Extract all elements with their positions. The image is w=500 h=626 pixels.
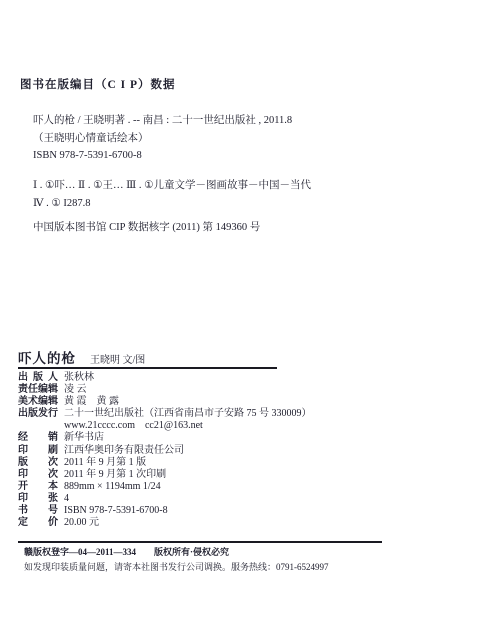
cip-description-line-3: ISBN 978-7-5391-6700-8 — [33, 147, 292, 165]
row-value: 2011 年 9 月第 1 次印刷 — [64, 469, 166, 481]
colophon-row-printing: 印次 2011 年 9 月第 1 次印刷 — [18, 469, 478, 481]
copyright-page: 图书在版编目（C I P）数据 吓人的枪 / 王晓明著 . -- 南昌 : 二十… — [0, 0, 500, 626]
row-label: 定价 — [18, 517, 58, 529]
colophon-row-publisher: 出版人 张秋林 — [18, 372, 478, 384]
colophon-row-isbn: 书号 ISBN 978-7-5391-6700-8 — [18, 505, 478, 517]
row-label: 出版人 — [18, 372, 58, 384]
cip-header: 图书在版编目（C I P）数据 — [20, 76, 176, 92]
row-label: 经销 — [18, 432, 58, 444]
row-value: 889mm × 1194mm 1/24 — [64, 481, 161, 493]
price-value: 20.00 元 — [64, 517, 99, 529]
row-label: 开本 — [18, 481, 58, 493]
cip-description-line-1: 吓人的枪 / 王晓明著 . -- 南昌 : 二十一世纪出版社 , 2011.8 — [33, 112, 292, 130]
colophon-row-format: 开本 889mm × 1194mm 1/24 — [18, 481, 478, 493]
row-value: 凌 云 — [64, 384, 87, 396]
cip-record-number: 中国版本图书馆 CIP 数据核字 (2011) 第 149360 号 — [33, 219, 260, 234]
colophon-row-edition: 版次 2011 年 9 月第 1 版 — [18, 457, 478, 469]
cip-classification-line-1: Ⅰ . ①吓… Ⅱ . ①王… Ⅲ . ①儿童文学－图画故事－中国－当代 — [33, 177, 311, 195]
colophon-row-price: 定价 20.00 元 — [18, 517, 478, 529]
row-label: 印刷 — [18, 445, 58, 457]
row-label: 印张 — [18, 493, 58, 505]
cip-description: 吓人的枪 / 王晓明著 . -- 南昌 : 二十一世纪出版社 , 2011.8 … — [33, 112, 292, 165]
row-value: 二十一世纪出版社（江西省南昌市子安路 75 号 330009） — [64, 408, 312, 420]
imprint-footer: 赣版权登字—04—2011—334 版权所有·侵权必究 如发现印装质量问题，请寄… — [24, 545, 329, 575]
row-label: 出版发行 — [18, 408, 58, 420]
row-label: 印次 — [18, 469, 58, 481]
divider-rule-bottom — [18, 541, 382, 543]
colophon-row-distributor: 经销 新华书店 — [18, 432, 478, 444]
row-label: 版次 — [18, 457, 58, 469]
cip-classification-line-2: Ⅳ . ① I287.8 — [33, 195, 311, 213]
cip-description-line-2: （王晓明心情童话绘本） — [33, 130, 292, 148]
quality-hotline-notice: 如发现印装质量问题，请寄本社图书发行公司调换。服务热线：0791-6524997 — [24, 560, 329, 575]
row-label: 书号 — [18, 505, 58, 517]
title-row: 吓人的枪王晓明 文/图 — [18, 347, 145, 368]
book-title: 吓人的枪 — [18, 351, 76, 366]
publisher-website-email: www.21cccc.com cc21@163.net — [64, 420, 203, 432]
divider-rule-top — [18, 367, 277, 369]
colophon-row-editor: 责任编辑 凌 云 — [18, 384, 478, 396]
colophon-row-publishing-house: 出版发行 二十一世纪出版社（江西省南昌市子安路 75 号 330009） — [18, 408, 478, 420]
colophon-row-sheets: 印张 4 — [18, 493, 478, 505]
cip-classification: Ⅰ . ①吓… Ⅱ . ①王… Ⅲ . ①儿童文学－图画故事－中国－当代 Ⅳ .… — [33, 177, 311, 212]
row-value: 新华书店 — [64, 432, 104, 444]
row-value: 4 — [64, 493, 69, 505]
row-value: 2011 年 9 月第 1 版 — [64, 457, 146, 469]
row-label: 美术编辑 — [18, 396, 58, 408]
row-label: 责任编辑 — [18, 384, 58, 396]
colophon-row-website: www.21cccc.com cc21@163.net — [18, 420, 478, 432]
row-value: 张秋林 — [64, 372, 94, 384]
rights-notice: 赣版权登字—04—2011—334 版权所有·侵权必究 — [24, 545, 329, 560]
isbn-number: ISBN 978-7-5391-6700-8 — [64, 505, 168, 517]
colophon-row-printer: 印刷 江西华奥印务有限责任公司 — [18, 445, 478, 457]
colophon-table: 出版人 张秋林 责任编辑 凌 云 美术编辑 黄 霞 黄 露 出版发行 二十一世纪… — [18, 372, 478, 529]
colophon-row-art-editor: 美术编辑 黄 霞 黄 露 — [18, 396, 478, 408]
row-value: 黄 霞 黄 露 — [64, 396, 119, 408]
row-value: 江西华奥印务有限责任公司 — [64, 445, 184, 457]
book-author: 王晓明 文/图 — [90, 355, 145, 366]
